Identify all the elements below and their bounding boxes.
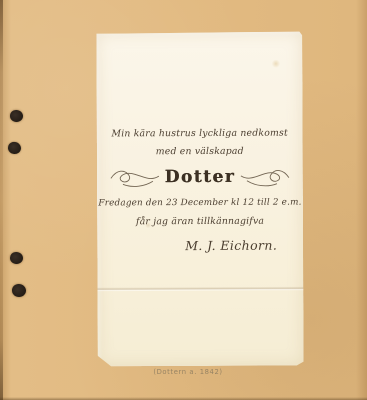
page-edge-shadow [0,0,3,400]
flourish-right-icon [239,165,291,189]
flourish-left-icon [109,165,161,189]
announcement-line-2: med en välskapad [97,146,303,158]
reception-time-line: Fredagen den 23 December kl 12 till 2 e.… [97,198,303,209]
signature: M. J. Eichorn. [97,238,303,254]
daughter-headline: Dotter [165,167,236,187]
album-page: Min kära hustrus lyckliga nedkomst med e… [0,0,367,400]
binder-hole [7,141,22,155]
binder-hole [10,110,23,122]
mounted-announcement-card: Min kära hustrus lyckliga nedkomst med e… [96,32,303,367]
binder-hole [12,284,26,297]
pencil-caption: (Dottern a. 1842) [128,368,248,376]
binder-hole [10,252,23,264]
headline-row: Dotter [97,164,303,191]
announcement-line-4: får jag äran tillkännagifva [97,216,303,228]
announcement-line-1: Min kära hustrus lyckliga nedkomst [97,128,303,140]
fold-crease [97,287,303,292]
paper-stain [271,60,280,68]
